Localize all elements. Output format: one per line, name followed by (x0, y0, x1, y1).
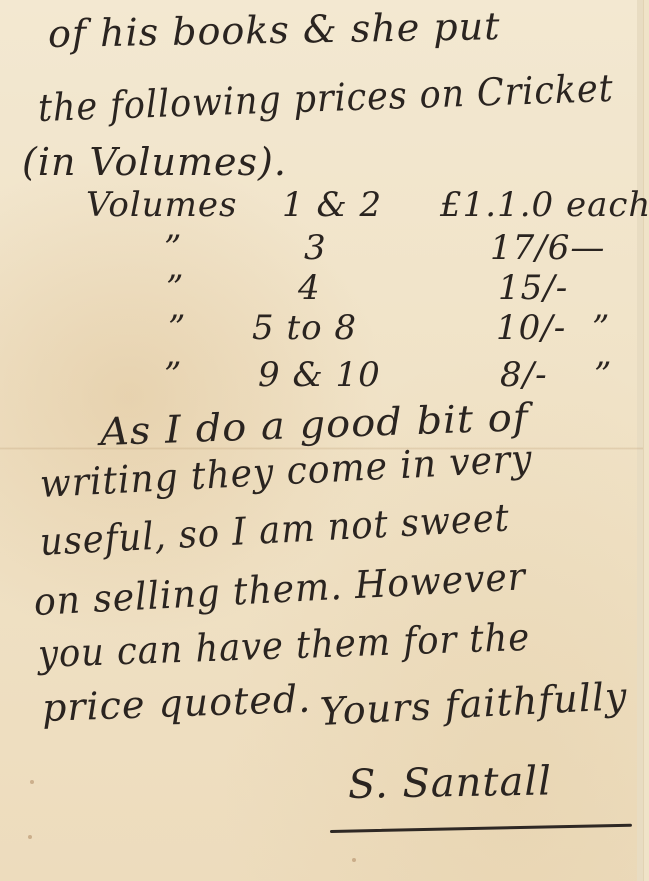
price-row-ditto: ” (168, 308, 186, 348)
price-row-label: Volumes (86, 185, 237, 225)
signature: S. Santall (348, 758, 553, 808)
signature-underline (330, 824, 632, 833)
price-row-volumes: 1 & 2 (282, 185, 382, 225)
price-row-price: 17/6— (490, 228, 605, 268)
paper-edge (637, 0, 643, 881)
price-row-ditto-price: ” (594, 355, 612, 395)
price-row-ditto-price: ” (592, 308, 610, 348)
price-row: ” 9 & 10 8/- ” (0, 355, 643, 400)
paper-stain (352, 858, 356, 862)
paragraph-line-6: price quoted. (41, 677, 312, 730)
price-row-price: 15/- (498, 268, 568, 308)
closing-text: Yours faithfully (319, 674, 629, 734)
price-row-price: 8/- (500, 355, 548, 395)
price-row-volumes: 4 (298, 268, 321, 308)
letter-line-3: (in Volumes). (22, 140, 287, 184)
letter-page: of his books & she put the following pri… (0, 0, 644, 881)
paper-stain (28, 835, 32, 839)
letter-line-2: the following prices on Cricket (37, 66, 614, 130)
price-row-volumes: 5 to 8 (252, 308, 357, 348)
paper-stain (30, 780, 34, 784)
price-row-volumes: 3 (304, 228, 327, 268)
paragraph-line-5: you can have them for the (37, 615, 531, 676)
price-row-volumes: 9 & 10 (258, 355, 381, 395)
price-row-ditto: ” (164, 355, 182, 395)
price-row: ” 5 to 8 10/- ” (0, 308, 643, 353)
price-row-price: 10/- (496, 308, 566, 348)
price-row-price: £1.1.0 each (440, 185, 649, 225)
price-row: ” 3 17/6— (0, 228, 643, 273)
paragraph-line-3: useful, so I am not sweet (39, 495, 511, 564)
price-row-ditto: ” (166, 268, 184, 308)
price-row: ” 4 15/- (0, 268, 643, 313)
price-row: Volumes 1 & 2 £1.1.0 each (0, 185, 643, 230)
letter-line-1: of his books & she put (48, 4, 501, 56)
price-row-ditto: ” (164, 228, 182, 268)
paragraph-line-4: on selling them. However (33, 554, 527, 624)
